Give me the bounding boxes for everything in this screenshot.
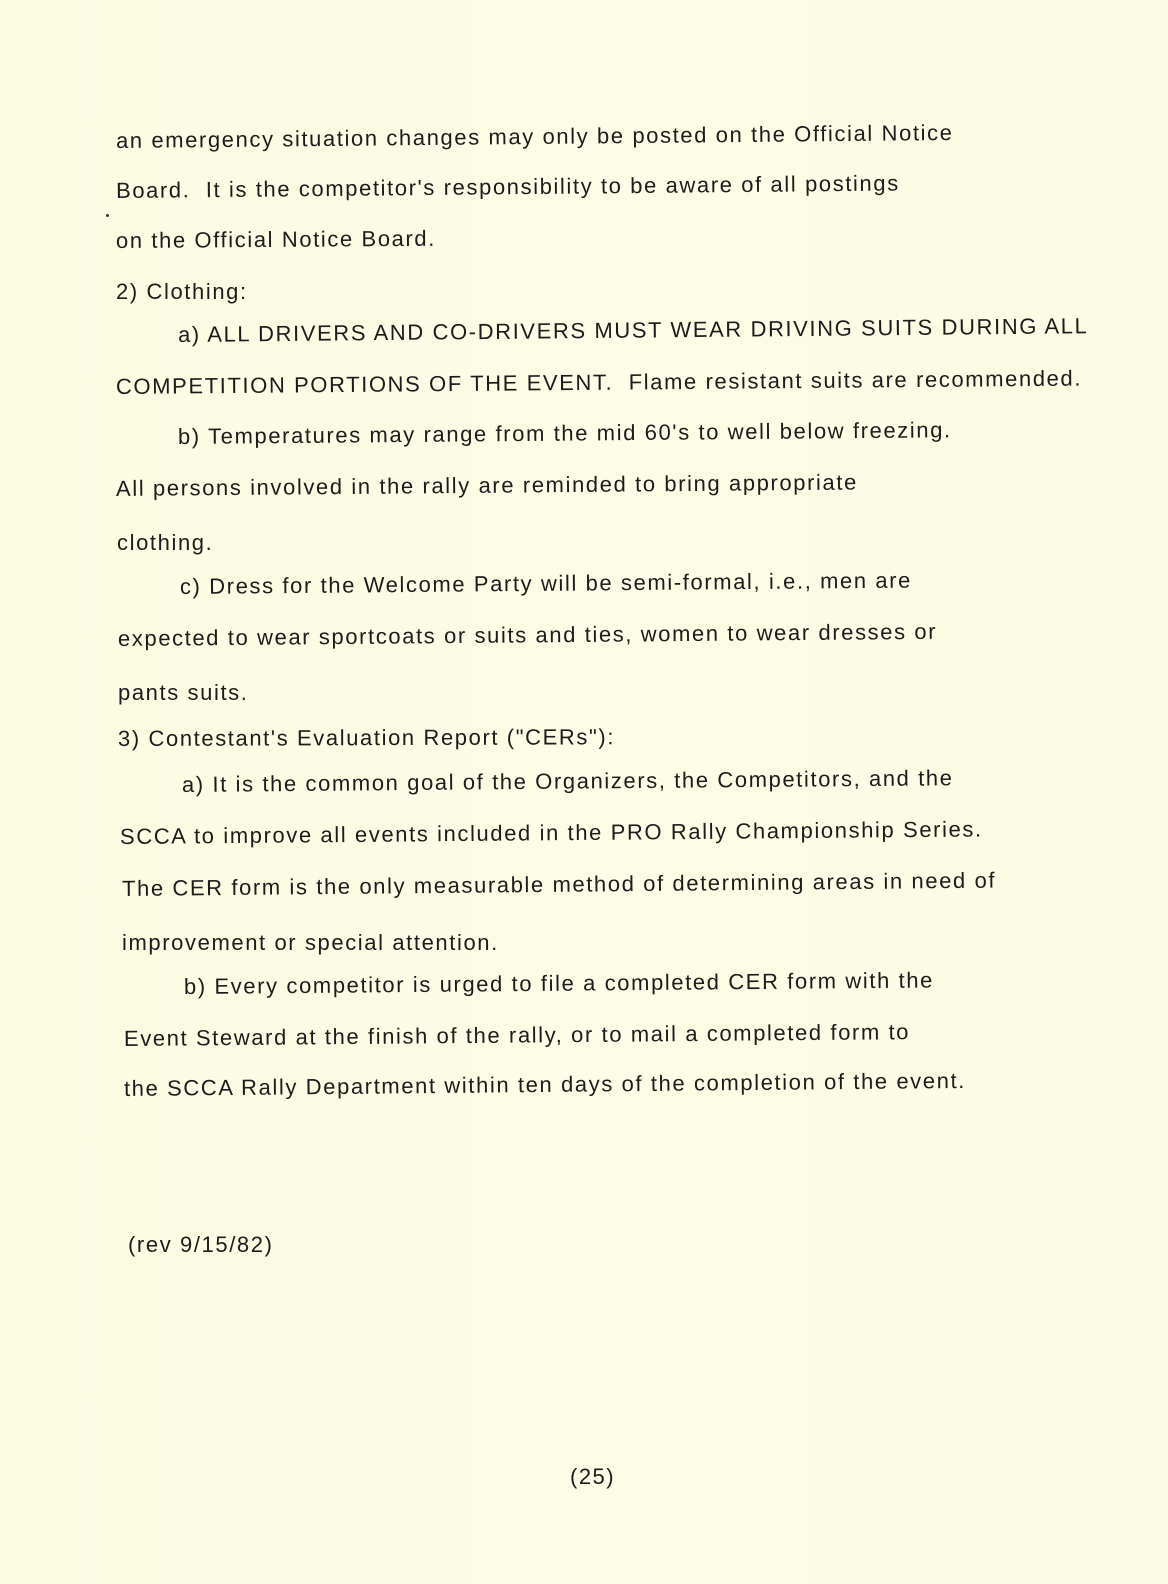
body-line: b) Temperatures may range from the mid 6…	[178, 417, 952, 450]
page-number: (25)	[570, 1464, 615, 1490]
body-line: Event Steward at the finish of the rally…	[124, 1019, 910, 1052]
body-line: on the Official Notice Board.	[116, 226, 436, 254]
body-line: Board. It is the competitor's responsibi…	[116, 170, 900, 204]
revision-note: (rev 9/15/82)	[128, 1232, 274, 1258]
section-heading: 3) Contestant's Evaluation Report ("CERs…	[118, 724, 615, 752]
document-page: an emergency situation changes may only …	[0, 0, 1168, 1584]
body-line: the SCCA Rally Department within ten day…	[124, 1068, 966, 1102]
body-line: SCCA to improve all events included in t…	[120, 816, 983, 850]
section-heading: 2) Clothing:	[116, 279, 248, 305]
body-line: expected to wear sportcoats or suits and…	[118, 619, 937, 652]
body-line: The CER form is the only measurable meth…	[122, 868, 996, 902]
body-line: clothing.	[117, 530, 213, 556]
body-line: improvement or special attention.	[122, 930, 499, 956]
body-line: All persons involved in the rally are re…	[116, 470, 858, 502]
body-line: a) ALL DRIVERS AND CO-DRIVERS MUST WEAR …	[178, 313, 1089, 348]
body-line: a) It is the common goal of the Organize…	[182, 765, 954, 798]
stray-mark	[106, 214, 109, 217]
body-line: COMPETITION PORTIONS OF THE EVENT. Flame…	[116, 366, 1082, 400]
body-line: b) Every competitor is urged to file a c…	[184, 967, 934, 1000]
body-line: an emergency situation changes may only …	[116, 120, 954, 154]
body-line: c) Dress for the Welcome Party will be s…	[180, 568, 912, 600]
body-line: pants suits.	[118, 680, 248, 706]
